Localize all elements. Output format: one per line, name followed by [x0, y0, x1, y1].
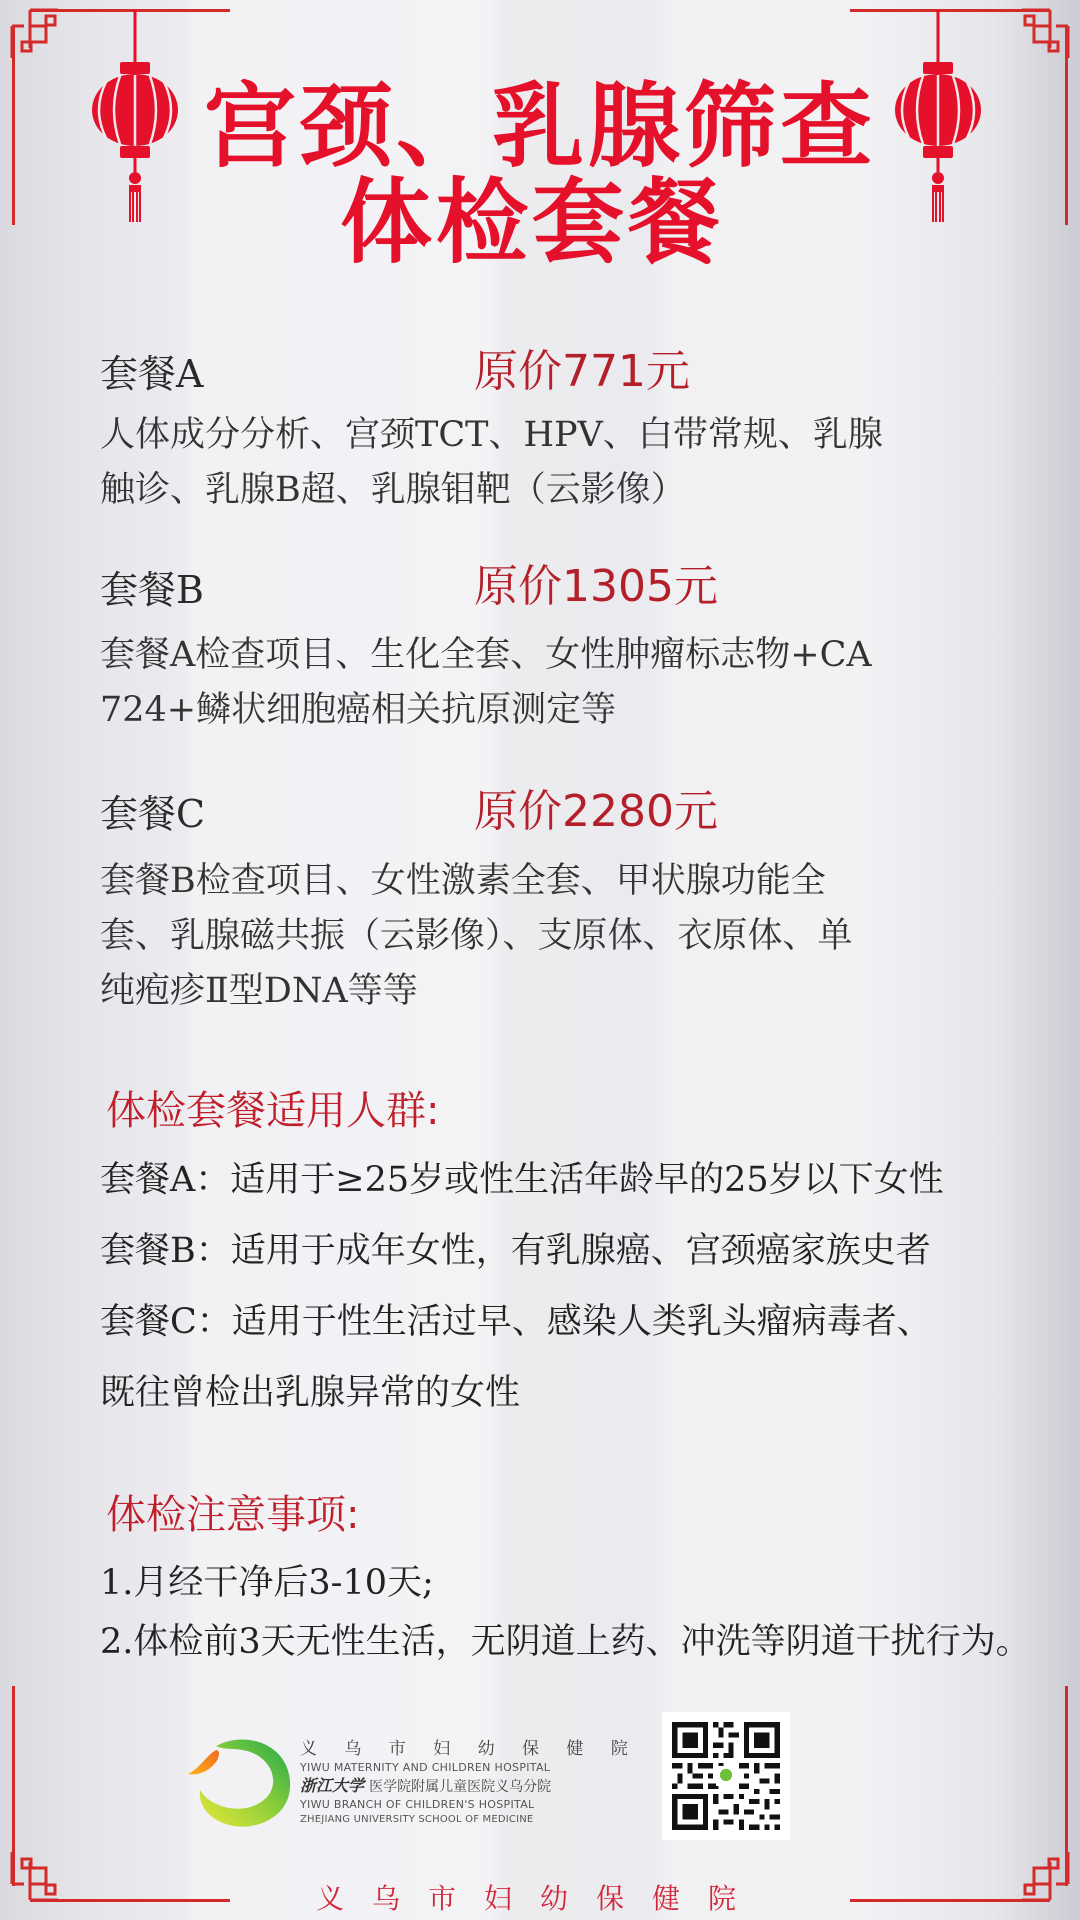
qr-code-icon: [662, 1712, 790, 1840]
hospital-logo-icon: [186, 1736, 292, 1828]
footer-hospital-name: 义乌市妇幼保健院: [0, 1877, 1080, 1917]
package-price: 原价771元: [474, 350, 690, 394]
hospital-name-en: YIWU MATERNITY AND CHILDREN HOSPITAL: [300, 1762, 550, 1773]
note-line: 2.体检前3天无性生活，无阴道上药、冲洗等阴道干扰行为。: [100, 1625, 1031, 1660]
page-title-line-1: 宫颈、乳腺筛查: [0, 80, 1080, 172]
affiliation-en-2: ZHEJIANG UNIVERSITY SCHOOL OF MEDICINE: [300, 1815, 533, 1825]
affiliation-text: 医学院附属儿童医院义乌分院: [369, 1779, 551, 1795]
description-line: 套餐B检查项目、女性激素全套、甲状腺功能全: [100, 854, 1000, 909]
affiliation-cn: 浙江大学 医学院附属儿童医院义乌分院: [300, 1778, 551, 1794]
page-title-line-2: 体检套餐: [0, 176, 1072, 268]
package-name: 套餐B: [100, 571, 204, 609]
hospital-name-cn: 义 乌 市 妇 幼 保 健 院: [300, 1741, 639, 1758]
university-script: 浙江大学: [300, 1776, 364, 1795]
package-description: 人体成分分析、宫颈TCT、HPV、白带常规、乳腺 触诊、乳腺B超、乳腺钼靶（云影…: [100, 408, 1000, 518]
package-name: 套餐A: [100, 355, 203, 393]
suitable-line: 套餐C：适用于性生活过早、感染人类乳头瘤病毒者、: [100, 1305, 932, 1340]
package-description: 套餐B检查项目、女性激素全套、甲状腺功能全 套、乳腺磁共振（云影像）、支原体、衣…: [100, 854, 1000, 1019]
affiliation-en-1: YIWU BRANCH OF CHILDREN'S HOSPITAL: [300, 1799, 534, 1810]
corner-knot-icon: [1020, 8, 1070, 58]
qr-code: [662, 1712, 790, 1840]
package-price: 原价1305元: [474, 565, 718, 609]
note-line: 1.月经干净后3-10天;: [100, 1566, 434, 1601]
description-line: 触诊、乳腺B超、乳腺钼靶（云影像）: [100, 463, 1000, 518]
package-price: 原价2280元: [474, 790, 718, 834]
description-line: 纯疱疹Ⅱ型DNA等等: [100, 964, 1000, 1019]
suitable-line: 套餐A：适用于≥25岁或性生活年龄早的25岁以下女性: [100, 1163, 944, 1198]
section-heading: 体检注意事项:: [106, 1495, 359, 1535]
package-description: 套餐A检查项目、生化全套、女性肿瘤标志物+CA 724+鳞状细胞癌相关抗原测定等: [100, 628, 1000, 738]
suitable-line: 套餐B：适用于成年女性，有乳腺癌、宫颈癌家族史者: [100, 1234, 931, 1269]
description-line: 套餐A检查项目、生化全套、女性肿瘤标志物+CA: [100, 628, 1000, 683]
description-line: 人体成分分析、宫颈TCT、HPV、白带常规、乳腺: [100, 408, 1000, 463]
suitable-line: 既往曾检出乳腺异常的女性: [100, 1376, 520, 1411]
section-heading: 体检套餐适用人群:: [106, 1091, 439, 1131]
corner-knot-icon: [10, 8, 60, 58]
package-name: 套餐C: [100, 795, 205, 833]
description-line: 724+鳞状细胞癌相关抗原测定等: [100, 683, 1000, 738]
description-line: 套、乳腺磁共振（云影像）、支原体、衣原体、单: [100, 909, 1000, 964]
